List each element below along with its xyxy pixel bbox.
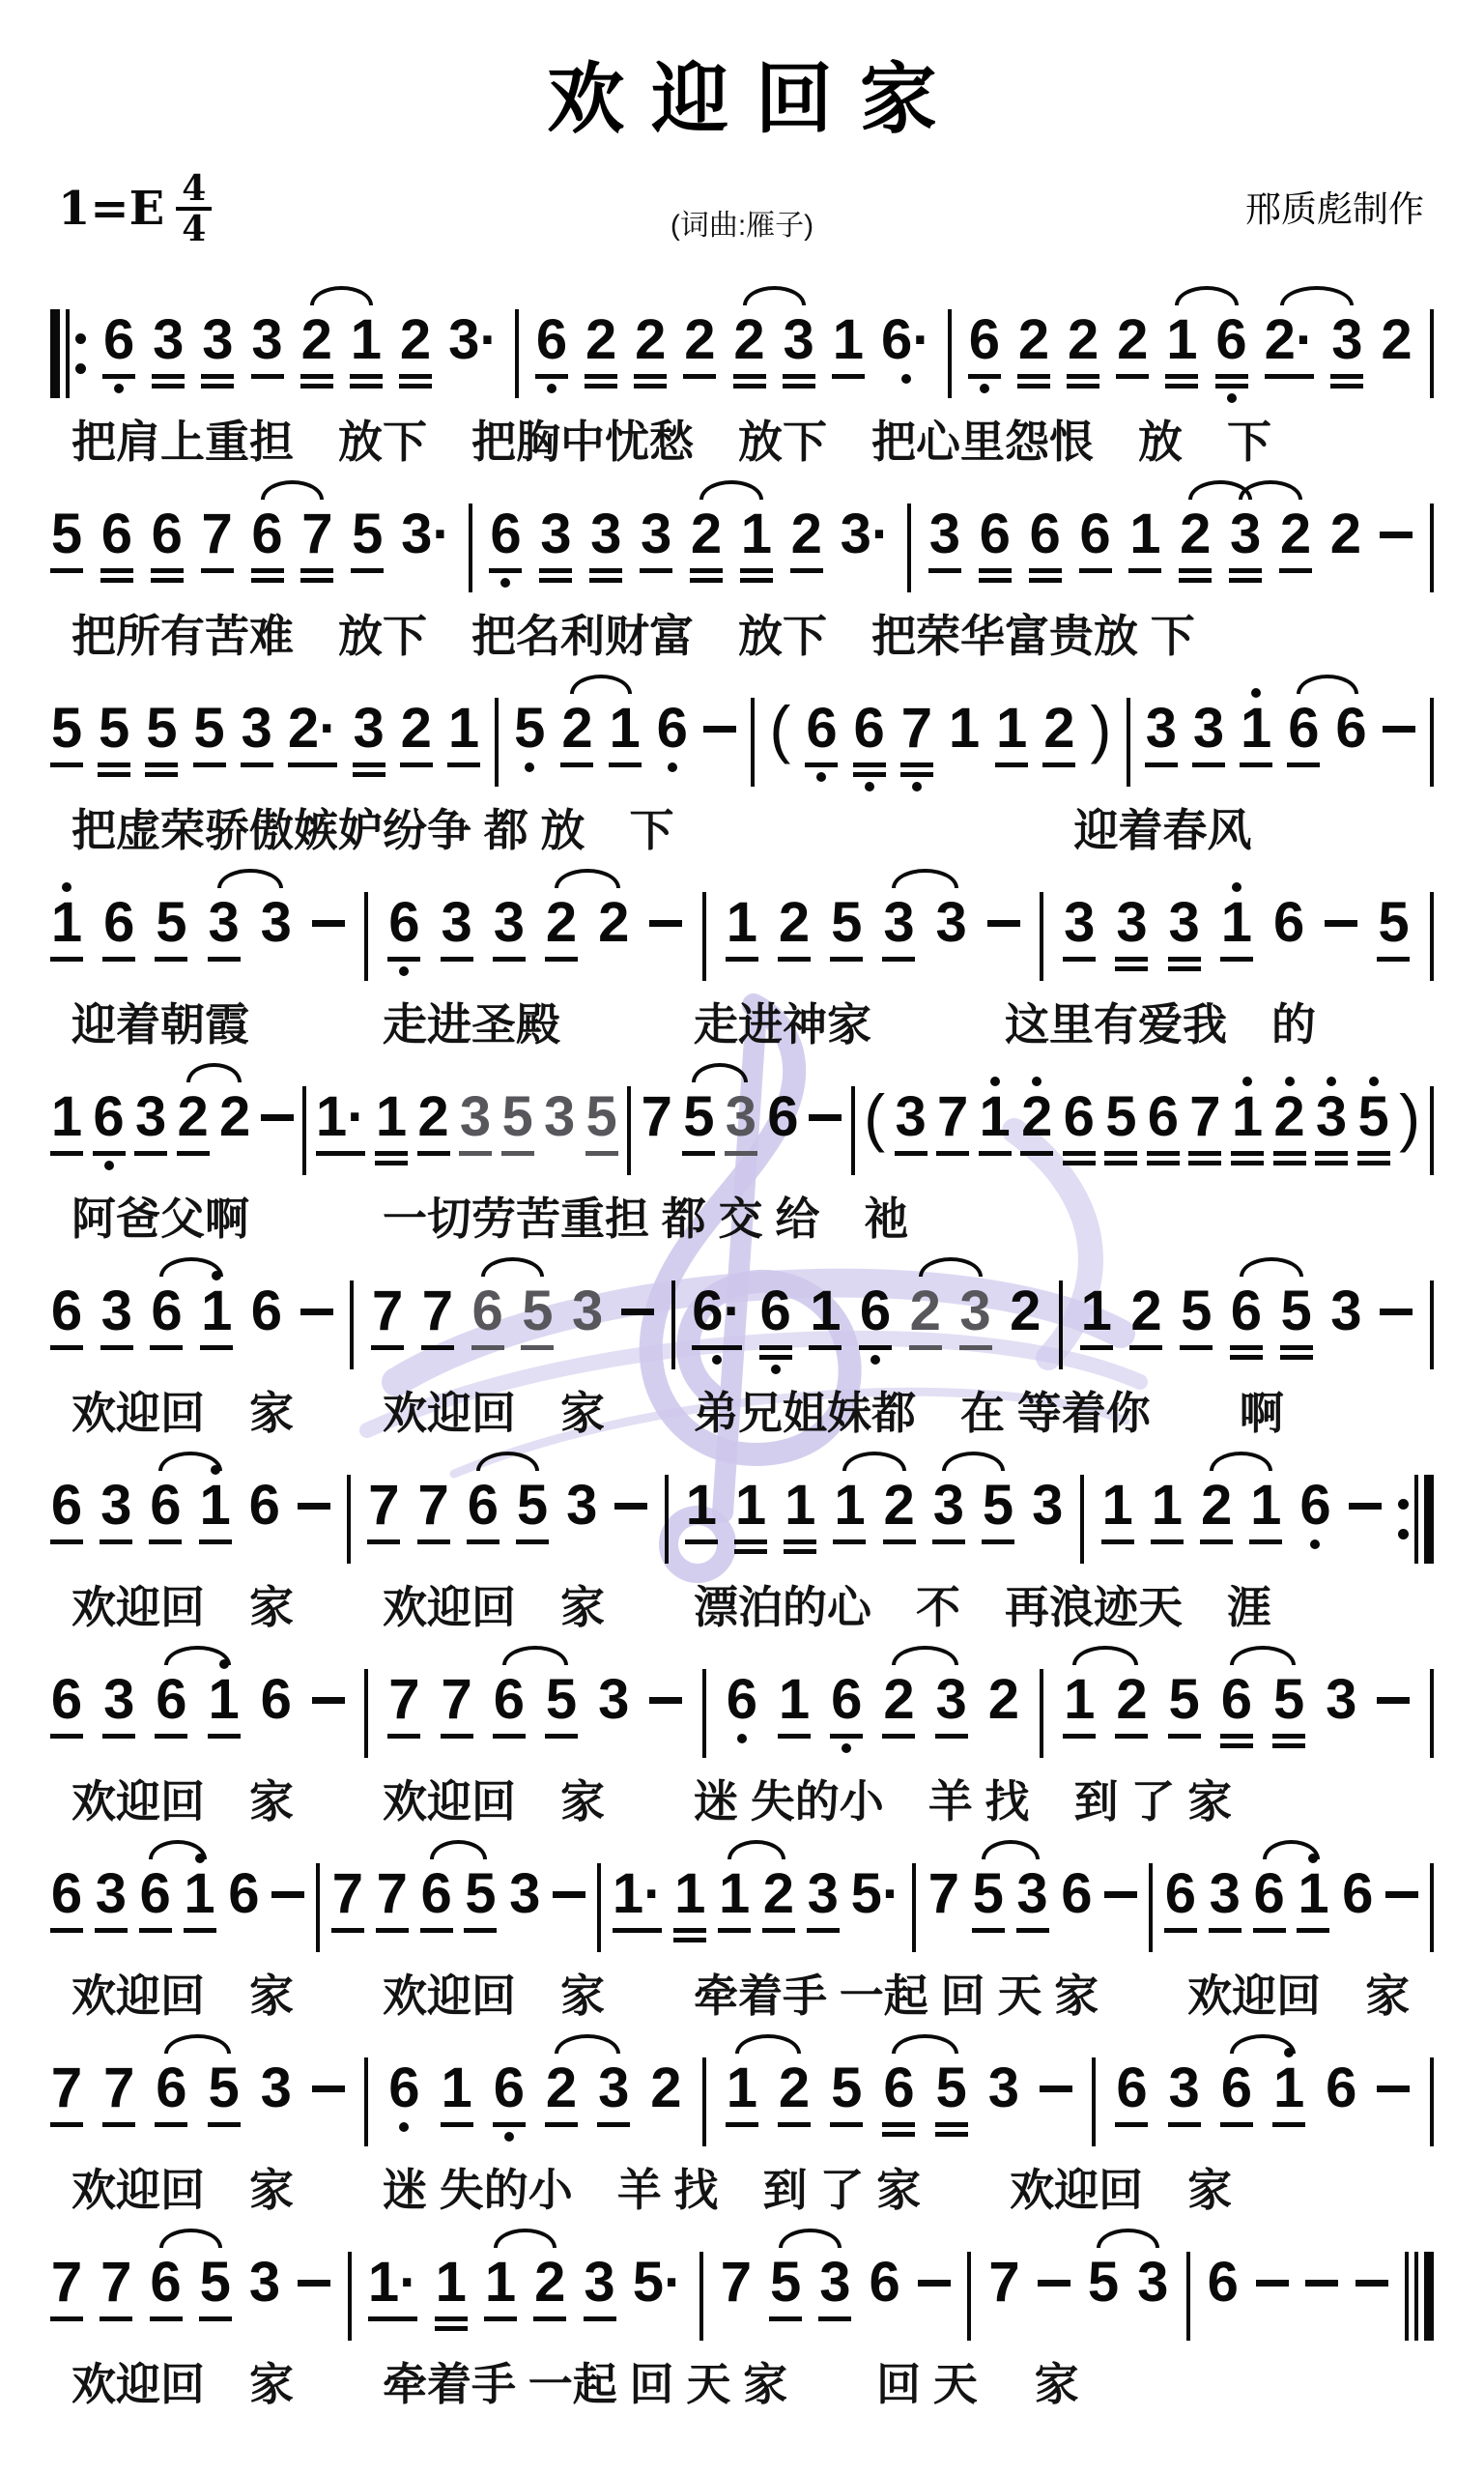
note-token: 1· <box>316 1063 366 1186</box>
note-underline <box>50 2122 83 2127</box>
note-underline <box>1192 762 1225 767</box>
note-underline <box>1115 957 1148 962</box>
note-underline <box>762 1928 795 1933</box>
dash-bar <box>703 726 736 733</box>
note-token: 6 <box>102 869 135 992</box>
note-underline <box>1280 1355 1313 1360</box>
music-line-10: 7765361623212565363616 欢迎回 家 迷 失的小 羊 找 到… <box>50 2034 1434 2220</box>
note-underline <box>673 1938 706 1942</box>
note-underline <box>539 568 572 573</box>
dash-bar <box>987 920 1020 927</box>
dash-bar <box>1256 2280 1289 2287</box>
note-underline <box>936 1151 969 1156</box>
octave-dot-below <box>816 772 826 782</box>
note-underline <box>300 374 333 379</box>
page-title: 欢 迎 回 家 <box>50 0 1434 137</box>
dash-note <box>1383 675 1415 797</box>
dash-bar <box>312 920 345 927</box>
note-token: 6 <box>968 286 1001 409</box>
dash-note <box>1356 2229 1388 2351</box>
notes-row-10: 7765361623212565363616 <box>50 2034 1434 2160</box>
note-underline <box>734 1539 767 1544</box>
dash-bar <box>312 2086 345 2092</box>
note-token: 1 <box>1080 1257 1113 1380</box>
octave-dot-below <box>771 1365 781 1374</box>
barline-thin <box>1430 1086 1434 1175</box>
lyrics-row-7: 欢迎回 家 欢迎回 家 漂泊的心 不 再浪迹天 涯 <box>50 1577 1434 1637</box>
note-token: 6 <box>1341 1840 1374 1963</box>
dash-bar <box>553 1891 585 1898</box>
note-underline <box>778 1734 811 1739</box>
dash-bar <box>1349 1503 1382 1510</box>
barline <box>316 1840 320 1952</box>
note-underline <box>900 772 933 777</box>
note-token: 3 <box>102 1646 135 1769</box>
note-token: 3 <box>565 1452 598 1574</box>
note-underline <box>1272 1743 1305 1748</box>
note-token: 7 <box>441 1646 473 1769</box>
dash-note <box>1377 2034 1410 2157</box>
note-underline <box>149 1539 182 1544</box>
barline-thin <box>1040 1669 1043 1758</box>
note-token: 1 <box>809 1257 842 1380</box>
note-underline <box>1287 762 1320 767</box>
note-token: 3· <box>401 480 451 603</box>
note-underline <box>1330 384 1363 388</box>
note-underline <box>208 2122 241 2127</box>
barline-thin <box>1080 1475 1084 1564</box>
note-token: 6 <box>102 286 135 409</box>
note-token: 6 <box>1164 1840 1197 1963</box>
note-underline <box>100 568 133 573</box>
note-underline <box>584 2316 616 2321</box>
note-underline <box>560 762 593 767</box>
note-token: 2· <box>288 675 338 797</box>
dash-bar <box>1356 2280 1388 2287</box>
note-token: 3 <box>493 869 526 992</box>
octave-dot-below <box>1310 1539 1320 1549</box>
dash-bar <box>1040 2086 1072 2092</box>
note-underline <box>830 1734 863 1739</box>
note-token: 6 <box>250 1257 283 1380</box>
note-underline <box>102 1734 135 1739</box>
note-underline <box>484 2316 517 2321</box>
note-underline <box>1168 966 1201 971</box>
note-token: 7 <box>417 1452 450 1574</box>
note-underline <box>251 568 284 573</box>
note-underline <box>50 1151 83 1156</box>
note-underline <box>725 1151 757 1156</box>
note-token: 7 <box>900 675 933 797</box>
note-underline <box>1230 1345 1263 1350</box>
note-underline <box>784 1539 816 1544</box>
music-line-4: 165336332212533333165 迎着朝霞 走进圣殿 走进神家 这里有… <box>50 869 1434 1054</box>
note-token: 1 <box>1240 675 1272 797</box>
barline-thin <box>912 1863 916 1952</box>
note-token: 3 <box>1209 1840 1241 1963</box>
note-underline <box>809 1345 842 1350</box>
note-token: 1 <box>1128 480 1161 603</box>
note-underline <box>399 374 432 379</box>
note-underline <box>350 374 383 379</box>
note-underline <box>1104 1161 1137 1165</box>
note-underline <box>1249 1539 1282 1544</box>
octave-dot-below <box>865 782 874 791</box>
lyrics-row-1: 把肩上重担 放下 把胸中忧愁 放下 把心里怨恨 放 下 <box>50 412 1434 472</box>
dash-bar <box>1380 532 1413 538</box>
barline-thin <box>702 1669 706 1758</box>
note-underline <box>1067 384 1099 388</box>
note-underline <box>1147 1161 1180 1165</box>
note-underline <box>895 1151 927 1156</box>
note-token: 6 <box>1060 1840 1093 1963</box>
note-underline <box>1188 1161 1221 1165</box>
octave-dot-below <box>668 762 677 772</box>
note-underline <box>734 1549 767 1554</box>
note-token: 6 <box>869 2229 901 2351</box>
note-underline <box>50 2316 83 2321</box>
note-underline <box>417 1539 450 1544</box>
note-underline <box>1115 2122 1148 2127</box>
barline <box>364 1646 368 1758</box>
music-line-3: 555532·3215216(667112)33166 把虚荣骄傲嫉妒纷争 都 … <box>50 675 1434 860</box>
note-underline <box>1273 1151 1306 1156</box>
note-token: 5 <box>50 480 83 603</box>
note-underline <box>50 1539 83 1544</box>
notes-row-7: 63616776531111235311216 <box>50 1452 1434 1577</box>
dash-note <box>300 1257 333 1380</box>
notes-row-1: 63332123·62222316·6222162·32 <box>50 286 1434 412</box>
note-token: 6 <box>535 286 568 409</box>
note-token: 3 <box>152 286 185 409</box>
note-underline <box>441 957 473 962</box>
barline-thin <box>1430 1669 1434 1758</box>
note-underline <box>1067 374 1099 379</box>
note-token: 5 <box>351 480 384 603</box>
dash-note <box>1377 1646 1410 1769</box>
note-underline <box>690 578 723 583</box>
note-token: 6 <box>1063 1063 1096 1186</box>
note-token: 5 <box>98 675 130 797</box>
note-underline <box>1215 384 1248 388</box>
octave-dot-below <box>547 384 556 393</box>
note-token: 6 <box>50 1646 83 1769</box>
note-underline <box>447 762 480 767</box>
note-underline <box>400 762 433 767</box>
dash-bar <box>1305 2280 1338 2287</box>
note-underline <box>807 1928 840 1933</box>
note-underline <box>1200 1539 1233 1544</box>
dash-note <box>1349 1452 1382 1574</box>
note-underline <box>545 957 578 962</box>
note-token: 1· <box>368 2229 418 2351</box>
note-underline <box>790 568 823 573</box>
note-token: 1 <box>441 2034 473 2157</box>
note-underline <box>1231 1161 1264 1165</box>
note-underline <box>102 2122 135 2127</box>
note-token: 2 <box>1020 1063 1053 1186</box>
note-underline <box>784 1549 816 1554</box>
note-token: 7 <box>936 1063 969 1186</box>
barline <box>1092 2034 1096 2146</box>
note-token: 6 <box>227 1840 260 1963</box>
barline-thin <box>364 1669 368 1758</box>
final-barline <box>1405 2229 1434 2341</box>
dash-note <box>1104 1840 1137 1963</box>
note-token: 7 <box>50 2229 83 2351</box>
barline <box>1430 2034 1434 2146</box>
note-underline <box>387 1734 420 1739</box>
note-token: 6 <box>1079 480 1112 603</box>
octave-dot-below <box>870 1355 880 1365</box>
note-underline <box>539 578 572 583</box>
repeat-dots <box>75 309 86 398</box>
note-underline <box>1188 1151 1221 1156</box>
octave-dot-below <box>712 1355 722 1365</box>
note-token: 7 <box>421 1257 454 1380</box>
note-underline <box>585 384 617 388</box>
barline-thin <box>1430 1863 1434 1952</box>
note-token: 3 <box>1031 1452 1064 1574</box>
note-token: 3 <box>260 2034 293 2157</box>
barline-thin <box>597 1863 601 1952</box>
key-label: 1=E <box>58 182 164 236</box>
note-token: 6 <box>387 869 420 992</box>
dash-bar <box>298 1503 330 1510</box>
dash-note <box>918 2229 951 2351</box>
note-token: 1 <box>1220 869 1253 992</box>
note-token: 3 <box>589 480 622 603</box>
note-token: 6 <box>151 480 184 603</box>
barline-thin <box>1430 698 1434 787</box>
note-token: 7 <box>927 1840 960 1963</box>
note-underline <box>353 772 385 777</box>
note-token: 3 <box>928 480 961 603</box>
barline <box>912 1840 916 1952</box>
note-token: 3 <box>895 1063 927 1186</box>
note-underline <box>1063 1161 1096 1165</box>
note-token: 3 <box>100 1257 133 1380</box>
note-token: 2 <box>1381 286 1413 409</box>
note-underline <box>778 957 811 962</box>
note-token: 1 <box>375 1063 408 1186</box>
note-token: 7 <box>1188 1063 1221 1186</box>
note-underline <box>150 2316 183 2321</box>
barline-thin <box>751 698 755 787</box>
note-underline <box>932 1539 965 1544</box>
music-line-9: 63616776531·11235·753663616 欢迎回 家 欢迎回 家 … <box>50 1840 1434 2026</box>
meter-numerator: 4 <box>176 170 212 211</box>
lyrics-row-4: 迎着朝霞 走进圣殿 走进神家 这里有爱我 的 <box>50 994 1434 1054</box>
music-line-7: 63616776531111235311216 欢迎回 家 欢迎回 家 漂泊的心… <box>50 1452 1434 1637</box>
barline <box>1430 675 1434 787</box>
dash-note <box>1325 869 1357 992</box>
note-token: 6 <box>766 1063 799 1186</box>
note-underline <box>151 568 184 573</box>
dash-note <box>271 1840 304 1963</box>
dash-bar <box>1038 2280 1070 2287</box>
note-token: 3 <box>95 1840 128 1963</box>
note-underline <box>399 384 432 388</box>
octave-dot-below <box>1227 393 1237 403</box>
note-underline <box>98 772 130 777</box>
note-underline <box>50 957 83 962</box>
note-token: 6 <box>387 2034 420 2157</box>
note-underline <box>1115 966 1148 971</box>
dash-note <box>312 869 345 992</box>
note-underline <box>853 762 886 767</box>
note-token: 7 <box>331 1840 364 1963</box>
note-token: 7 <box>367 1452 400 1574</box>
note-token: 2 <box>1017 286 1050 409</box>
note-token: 7 <box>376 1840 409 1963</box>
note-token: 1 <box>1231 1063 1264 1186</box>
dash-bar <box>300 1309 333 1315</box>
note-token: 7 <box>641 1063 673 1186</box>
dash-note <box>703 675 736 797</box>
barline-thin <box>1040 892 1043 981</box>
dash-bar <box>649 920 682 927</box>
lyrics-row-10: 欢迎回 家 迷 失的小 羊 找 到 了 家 欢迎回 家 <box>50 2160 1434 2220</box>
dash-bar <box>1325 920 1357 927</box>
barline-thick <box>1424 2252 1434 2341</box>
note-token: 2 <box>400 675 433 797</box>
note-underline <box>1042 762 1075 767</box>
note-underline <box>300 568 333 573</box>
producer-credit: 邢质彪制作 <box>1245 180 1424 232</box>
begin-repeat-barline <box>50 286 86 398</box>
barline-thin <box>316 1863 320 1952</box>
barline <box>665 1452 669 1564</box>
note-underline <box>859 1345 892 1350</box>
note-underline <box>740 568 773 573</box>
note-token: 6 <box>805 675 838 797</box>
dash-note <box>1380 1257 1413 1380</box>
note-token: 7 <box>371 1257 404 1380</box>
barline-thin <box>1430 1280 1434 1369</box>
note-token: 6 <box>830 1646 863 1769</box>
note-underline <box>193 762 226 767</box>
dash-note <box>298 2229 330 2351</box>
note-underline <box>100 2316 132 2321</box>
note-token: 2 <box>1067 286 1099 409</box>
note-underline <box>533 2316 566 2321</box>
note-underline <box>199 2316 232 2321</box>
note-underline <box>928 568 961 573</box>
note-underline <box>1101 1539 1134 1544</box>
note-token: 1 <box>832 286 865 409</box>
note-token: 3 <box>597 1646 630 1769</box>
note-underline <box>830 2122 863 2127</box>
barline <box>702 1646 706 1758</box>
note-underline <box>387 957 420 962</box>
note-underline <box>982 1539 1014 1544</box>
note-token: 2 <box>790 480 823 603</box>
note-token: 3 <box>1325 1646 1357 1769</box>
note-underline <box>979 1151 1012 1156</box>
dash-bar <box>614 1503 647 1510</box>
note-underline <box>100 578 133 583</box>
note-underline <box>830 957 863 962</box>
note-underline <box>682 1151 715 1156</box>
note-underline <box>1168 2122 1201 2127</box>
note-underline <box>882 1734 915 1739</box>
note-underline <box>1330 374 1363 379</box>
note-token: 3 <box>241 675 273 797</box>
note-token: 3· <box>841 480 891 603</box>
note-token: 5 <box>830 869 863 992</box>
music-line-8: 6361677653616232125653 欢迎回 家 欢迎回 家 迷 失的小… <box>50 1646 1434 1831</box>
note-underline <box>995 762 1028 767</box>
note-underline <box>201 384 234 388</box>
note-token: 3 <box>100 1452 132 1574</box>
key-signature: 1=E 4 4 <box>58 170 212 247</box>
note-token: 5· <box>633 2229 683 2351</box>
note-token: 3 <box>1063 869 1096 992</box>
note-token: 3 <box>1329 1257 1362 1380</box>
note-underline <box>152 374 185 379</box>
note-token: 3 <box>987 2034 1020 2157</box>
note-token: 6 <box>1272 869 1305 992</box>
dash-note <box>1305 2229 1338 2351</box>
note-underline <box>1253 1928 1286 1933</box>
note-token: 3 <box>807 1840 840 1963</box>
note-underline <box>251 578 284 583</box>
dash-bar <box>1383 726 1415 733</box>
barline <box>1430 286 1434 398</box>
note-token: 2 <box>987 1646 1020 1769</box>
barline <box>967 2229 971 2341</box>
octave-dot-below <box>842 1743 851 1753</box>
parenthesis: ) <box>1091 688 1112 769</box>
note-underline <box>489 568 522 573</box>
barline-thin <box>1127 698 1130 787</box>
note-underline <box>972 1928 1005 1933</box>
octave-dot-below <box>399 2122 409 2132</box>
note-underline <box>368 2316 418 2321</box>
note-token: 5 <box>1104 1063 1137 1186</box>
note-token: 3 <box>1192 675 1225 797</box>
barline <box>627 1063 631 1175</box>
note-underline <box>150 1345 183 1350</box>
note-underline <box>979 568 1012 573</box>
note-underline <box>521 1345 554 1350</box>
note-underline <box>818 2316 851 2321</box>
note-token: 1 <box>778 1646 811 1769</box>
note-token: 3 <box>353 675 385 797</box>
dash-note <box>261 1063 294 1186</box>
dash-bar <box>649 1697 682 1704</box>
note-underline <box>1220 957 1253 962</box>
note-underline <box>589 568 622 573</box>
note-underline <box>1229 578 1262 583</box>
note-underline <box>634 384 667 388</box>
note-token: 6 <box>50 1452 83 1574</box>
dash-bar <box>261 1114 294 1121</box>
note-underline <box>1165 384 1198 388</box>
note-underline <box>935 1734 968 1739</box>
note-underline <box>1220 2122 1253 2127</box>
note-token: 2 <box>649 2034 682 2157</box>
dash-bar <box>271 1891 304 1898</box>
lyrics-row-2: 把所有苦难 放下 把名利财富 放下 把荣华富贵放 下 <box>50 606 1434 666</box>
dash-bar <box>1377 1697 1410 1704</box>
note-underline <box>435 2326 468 2331</box>
note-underline <box>778 2122 811 2127</box>
note-underline <box>1315 1161 1348 1165</box>
note-token: 6 <box>1115 2034 1148 2157</box>
note-underline <box>501 1151 534 1156</box>
